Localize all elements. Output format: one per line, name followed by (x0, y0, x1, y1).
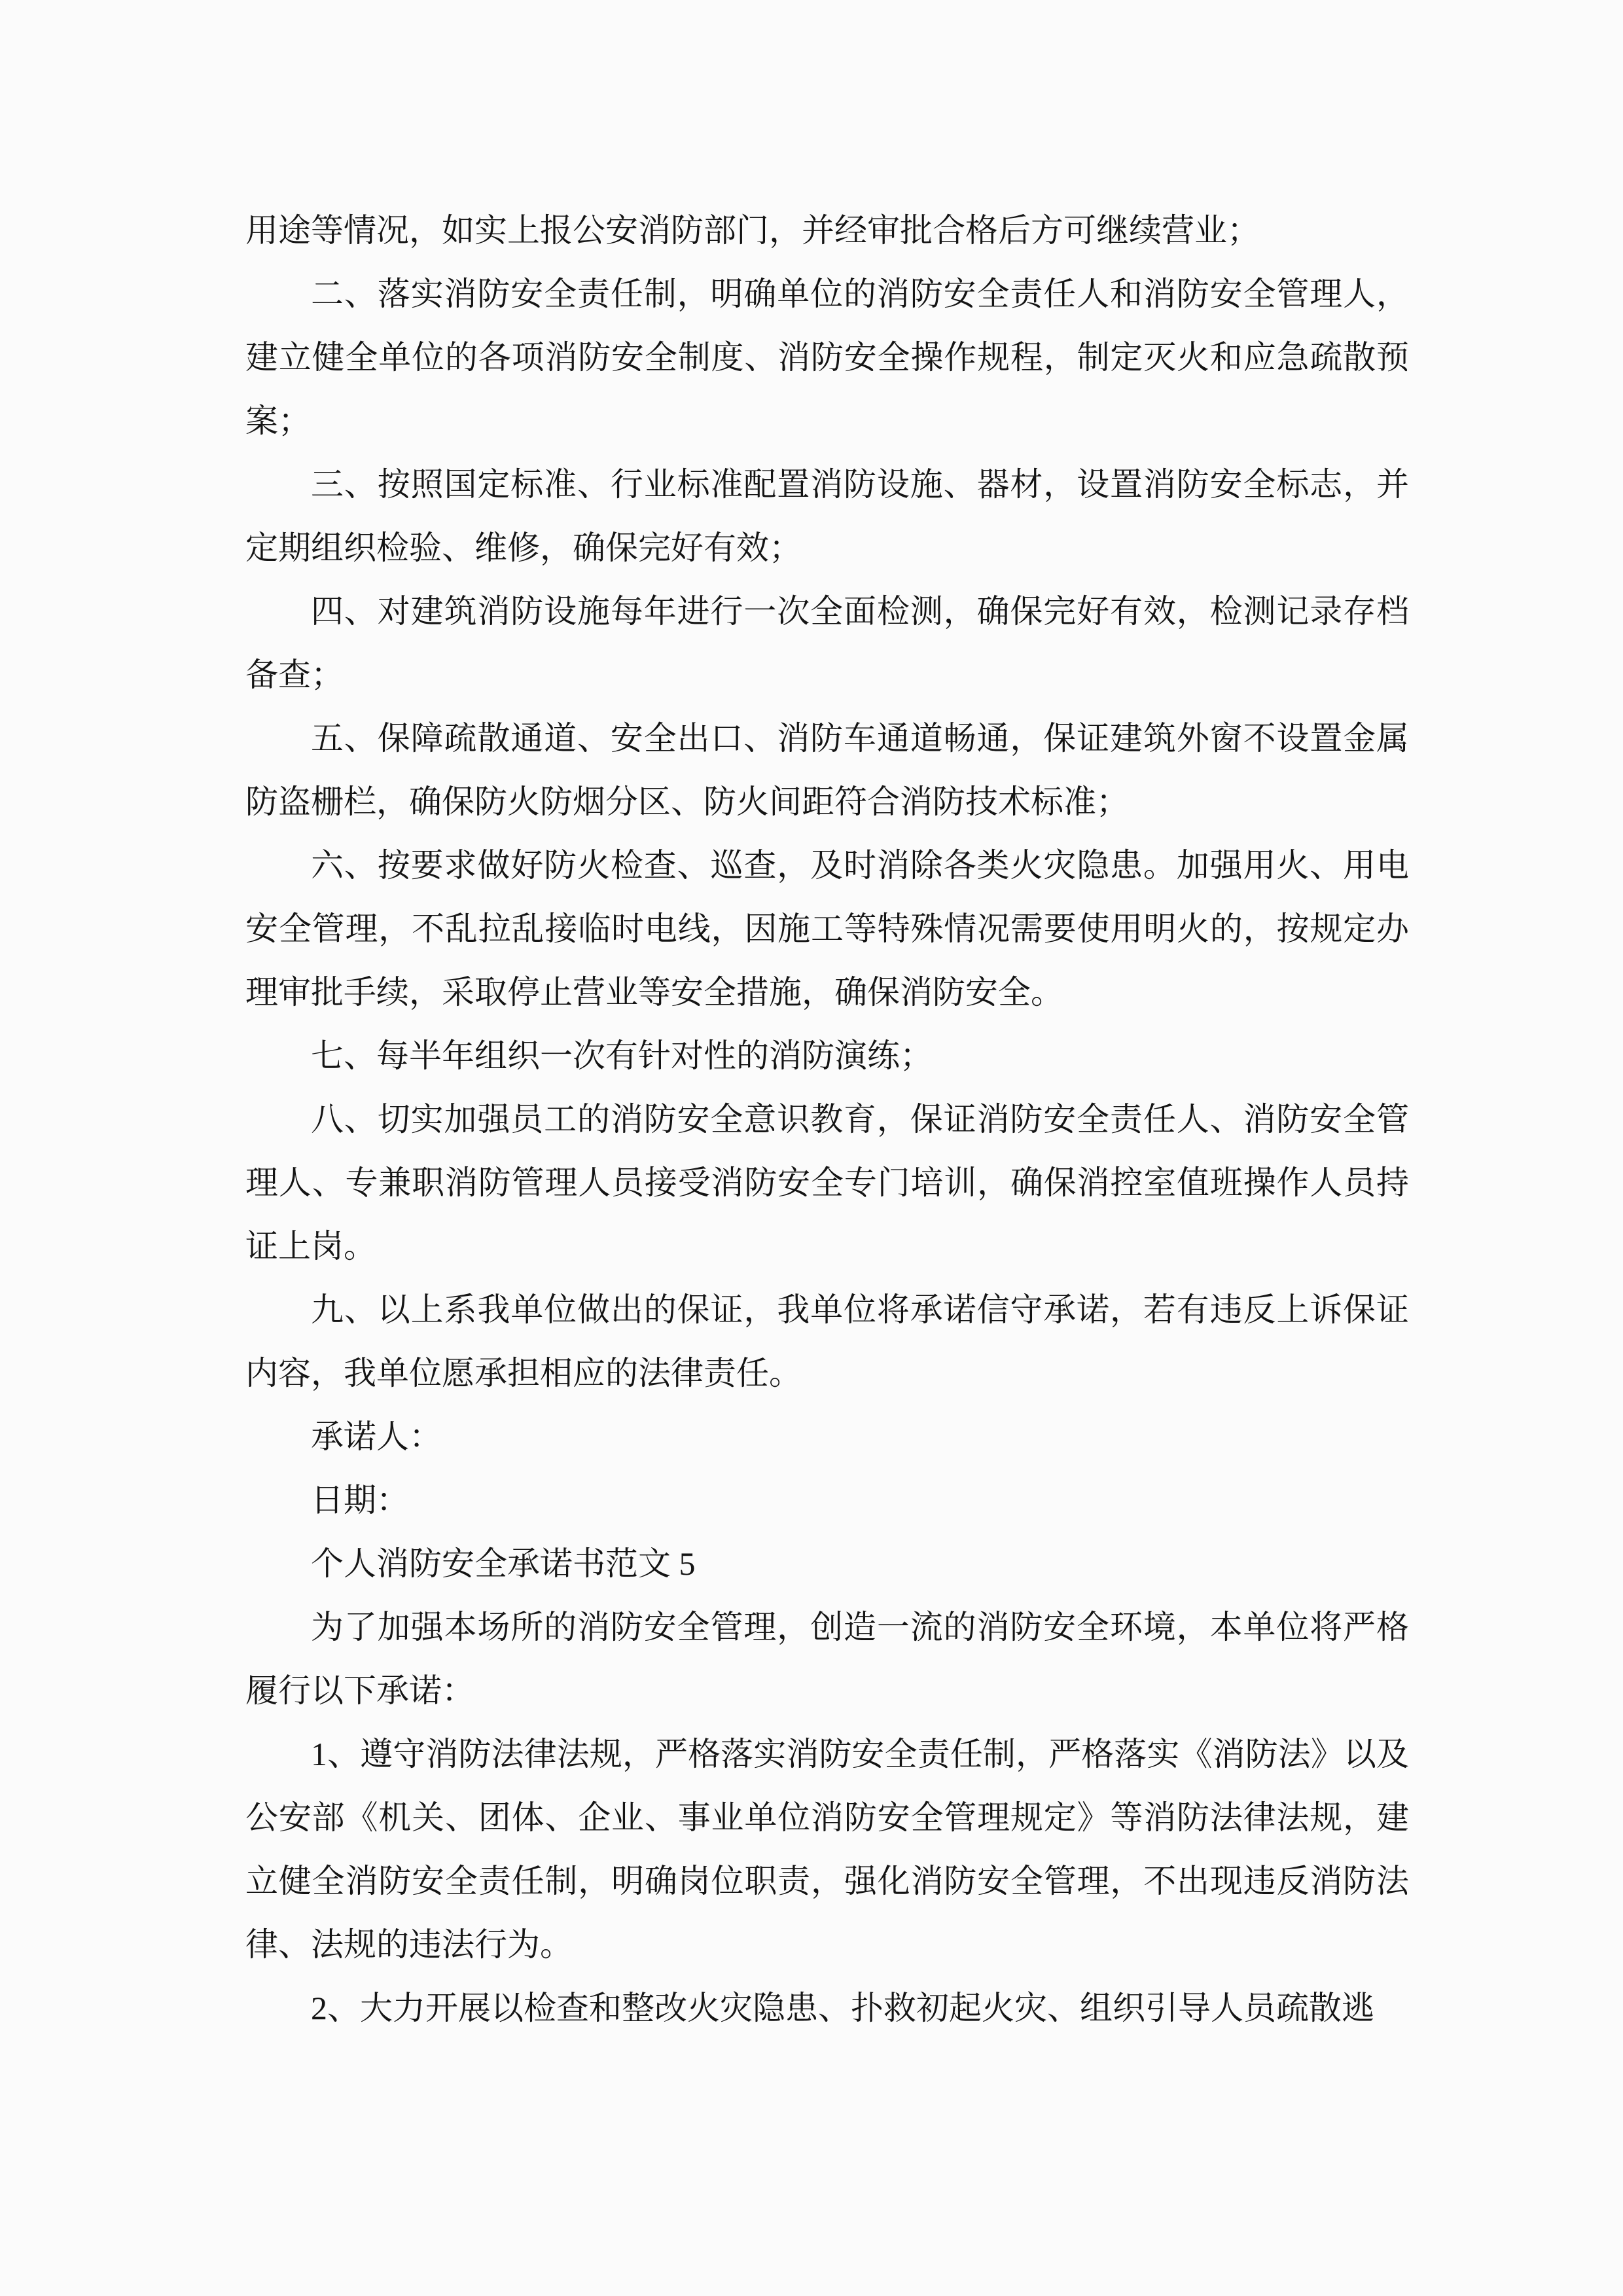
paragraph: 为了加强本场所的消防安全管理，创造一流的消防安全环境，本单位将严格履行以下承诺： (245, 1596, 1409, 1723)
paragraph: 个人消防安全承诺书范文 5 (245, 1532, 1409, 1596)
paragraph: 六、按要求做好防火检查、巡查，及时消除各类火灾隐患。加强用火、用电安全管理，不乱… (245, 834, 1409, 1024)
paragraph: 五、保障疏散通道、安全出口、消防车通道畅通，保证建筑外窗不设置金属防盗栅栏，确保… (245, 707, 1409, 834)
paragraph: 三、按照国定标准、行业标准配置消防设施、器材，设置消防安全标志，并定期组织检验、… (245, 453, 1409, 580)
paragraph: 八、切实加强员工的消防安全意识教育，保证消防安全责任人、消防安全管理人、专兼职消… (245, 1088, 1409, 1278)
paragraph: 日期： (245, 1469, 1409, 1532)
paragraph: 四、对建筑消防设施每年进行一次全面检测，确保完好有效，检测记录存档备查； (245, 580, 1409, 707)
paragraph: 承诺人： (245, 1405, 1409, 1469)
paragraph: 1、遵守消防法律法规，严格落实消防安全责任制，严格落实《消防法》以及公安部《机关… (245, 1723, 1409, 1977)
document-body: 用途等情况，如实上报公安消防部门，并经审批合格后方可继续营业；二、落实消防安全责… (245, 199, 1409, 2040)
paragraph: 2、大力开展以检查和整改火灾隐患、扑救初起火灾、组织引导人员疏散逃 (245, 1977, 1409, 2040)
paragraph: 九、以上系我单位做出的保证，我单位将承诺信守承诺，若有违反上诉保证内容，我单位愿… (245, 1278, 1409, 1405)
paragraph: 七、每半年组织一次有针对性的消防演练； (245, 1024, 1409, 1088)
paragraph: 二、落实消防安全责任制，明确单位的消防安全责任人和消防安全管理人，建立健全单位的… (245, 262, 1409, 453)
document-page: 用途等情况，如实上报公安消防部门，并经审批合格后方可继续营业；二、落实消防安全责… (0, 0, 1623, 2296)
paragraph: 用途等情况，如实上报公安消防部门，并经审批合格后方可继续营业； (245, 199, 1409, 262)
